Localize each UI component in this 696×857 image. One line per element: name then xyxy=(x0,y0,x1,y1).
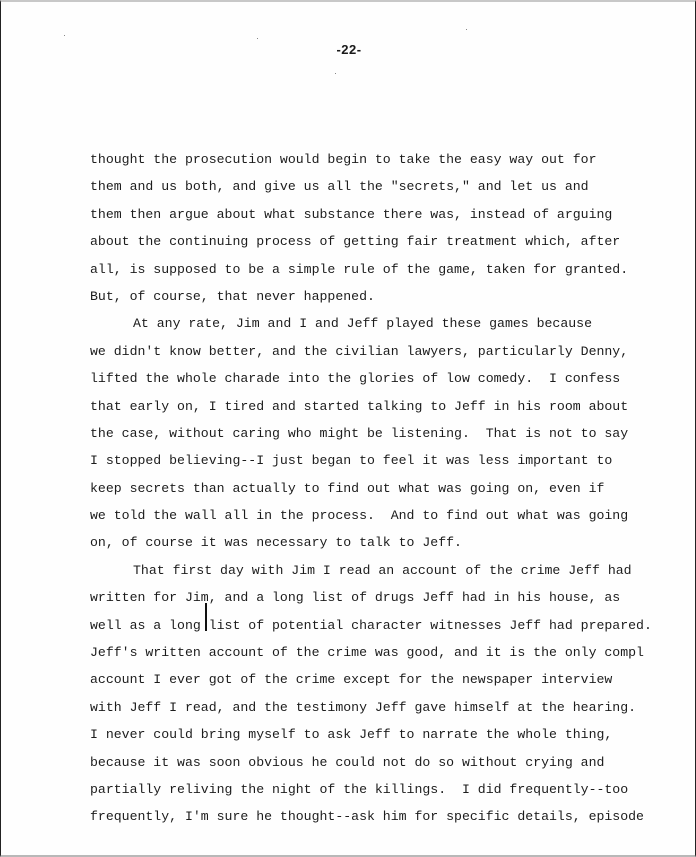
text-line: But, of course, that never happened. xyxy=(90,283,696,310)
text-line: we didn't know better, and the civilian … xyxy=(90,338,696,365)
text-line: keep secrets than actually to find out w… xyxy=(90,475,696,502)
text-line: because it was soon obvious he could not… xyxy=(90,749,696,776)
text-line: At any rate, Jim and I and Jeff played t… xyxy=(90,310,696,337)
text-line: on, of course it was necessary to talk t… xyxy=(90,529,696,556)
text-line: them and us both, and give us all the "s… xyxy=(90,173,696,200)
scan-speck xyxy=(64,35,65,36)
text-line: the case, without caring who might be li… xyxy=(90,420,696,447)
scan-speck xyxy=(335,73,336,74)
document-page: -22- thought the prosecution would begin… xyxy=(0,0,696,857)
text-line: partially reliving the night of the kill… xyxy=(90,776,696,803)
paragraph: That first day with Jim I read an accoun… xyxy=(90,557,696,831)
document-body: thought the prosecution would begin to t… xyxy=(90,146,696,831)
text-line: well as a long list of potential charact… xyxy=(90,612,696,639)
text-line: lifted the whole charade into the glorie… xyxy=(90,365,696,392)
text-line: that early on, I tired and started talki… xyxy=(90,393,696,420)
text-line: I never could bring myself to ask Jeff t… xyxy=(90,721,696,748)
text-cursor-mark xyxy=(205,603,207,631)
text-line: we told the wall all in the process. And… xyxy=(90,502,696,529)
text-line: with Jeff I read, and the testimony Jeff… xyxy=(90,694,696,721)
paragraph: At any rate, Jim and I and Jeff played t… xyxy=(90,310,696,557)
text-line: frequently, I'm sure he thought--ask him… xyxy=(90,803,696,830)
text-line: all, is supposed to be a simple rule of … xyxy=(90,256,696,283)
text-line: them then argue about what substance the… xyxy=(90,201,696,228)
page-number: -22- xyxy=(1,42,696,57)
text-line: I stopped believing--I just began to fee… xyxy=(90,447,696,474)
text-line: account I ever got of the crime except f… xyxy=(90,666,696,693)
text-line: written for Jim, and a long list of drug… xyxy=(90,584,696,611)
text-line: thought the prosecution would begin to t… xyxy=(90,146,696,173)
text-line: That first day with Jim I read an accoun… xyxy=(90,557,696,584)
paragraph: thought the prosecution would begin to t… xyxy=(90,146,696,310)
scan-speck xyxy=(257,38,258,39)
text-line: Jeff's written account of the crime was … xyxy=(90,639,696,666)
scan-speck xyxy=(466,29,467,30)
text-line: about the continuing process of getting … xyxy=(90,228,696,255)
